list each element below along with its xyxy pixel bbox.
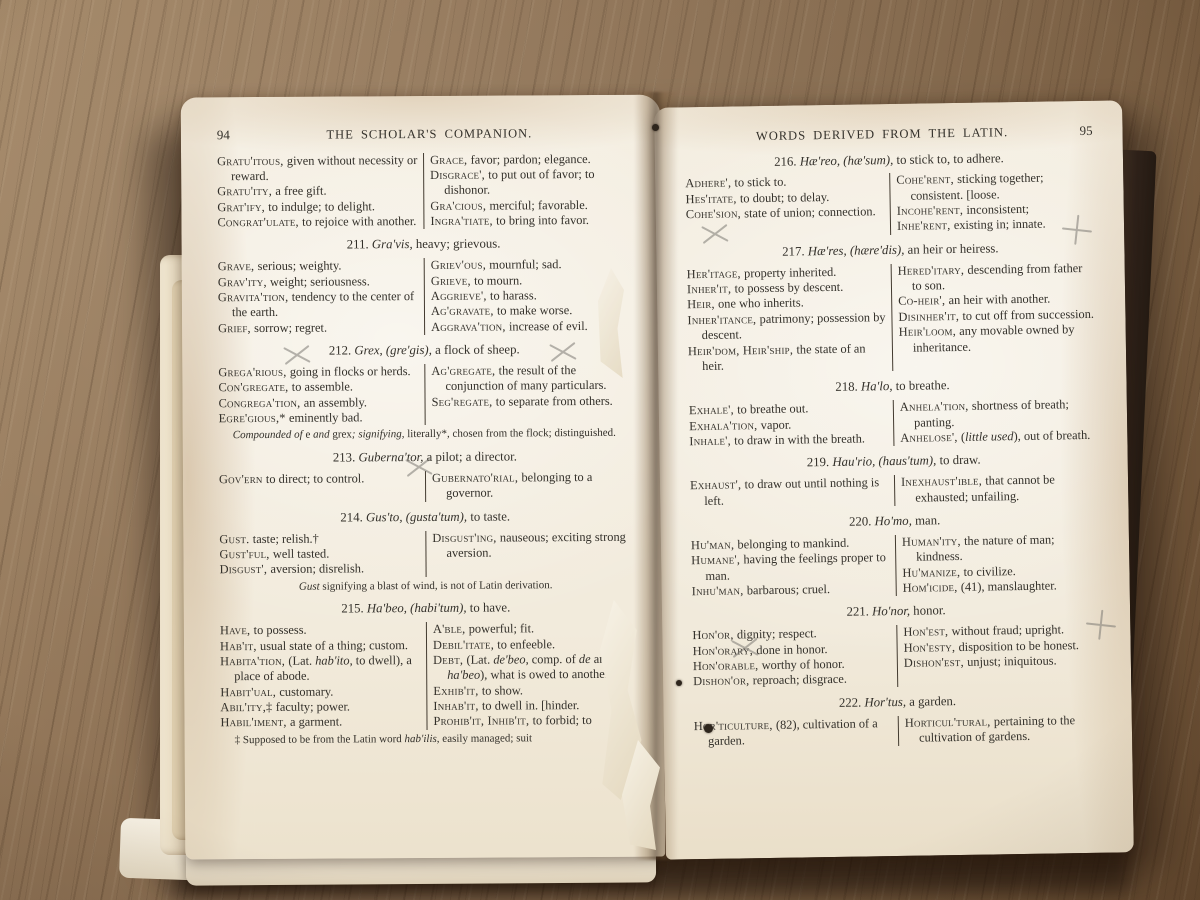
left-running-header: 94 THE SCHOLAR'S COMPANION. [217,125,629,144]
right-column: Anhela'tion, shortness of breath; pantin… [893,397,1098,446]
word-entry: Grega'rious, going in flocks or herds. [218,364,419,381]
italic-text: Compounded of [233,429,306,441]
headword: Incohe'rent, [897,203,967,218]
word-entry: A'ble, powerful; fit. [433,621,632,638]
section-heading: 214. Gus'to, (gusta'tum), to taste. [219,508,631,526]
headword: Horticul'tural, [905,714,994,729]
section-number: 216. [774,154,800,168]
section-heading: 216. Hæ'reo, (hæ'sum), to stick to, to a… [685,149,1093,171]
left-page-sections: Gratu'itous, given without necessity or … [217,151,633,747]
section-heading: 222. Hor'tus, a garden. [693,691,1101,713]
headword: Hered'itary, [898,263,968,278]
word-entry: Cohe'sion, state of union; connection. [686,204,885,222]
italic-text: little used [965,429,1014,444]
headword: Gust'ful, [219,547,272,561]
section-number: 218. [835,380,861,394]
headword: Disinher'it, [898,309,962,324]
entry-columns: Adhere', to stick to.Hes'itate, to doubt… [685,170,1094,238]
word-entry: Hered'itary, descending from father to s… [898,261,1095,295]
pencil-stroke [733,638,758,658]
word-entry: Gust. taste; relish.† [219,531,420,548]
word-entry: Prohib'it, Inhib'it, to forbid; to [433,713,632,730]
headword: Gra'cious, [430,198,489,212]
section-latin-word: Gus'to, [366,510,406,524]
left-page-content: 94 THE SCHOLAR'S COMPANION. Gratu'itous,… [217,125,633,748]
pencil-x-mark [404,455,434,479]
headword: Inhale', [689,433,734,448]
left-column: Gust. taste; relish.†Gust'ful, well tast… [219,531,425,578]
italic-text: de'beo [493,652,525,666]
headword: Exhale', [689,403,738,418]
headword: Dishon'or, [693,674,753,689]
left-column: Exhale', to breathe out.Exhala'tion, vap… [689,400,894,449]
entry-section: 219. Hau'rio, (haus'tum), to draw.Exhaus… [690,451,1099,509]
word-entry: Congrega'tion, an assembly. [219,395,420,412]
section-heading: 211. Gra'vis, heavy; grievous. [218,236,630,254]
headword: Ag'gregate, [431,364,498,378]
headword: Exhaust', [690,478,745,493]
left-column: Grave, serious; weighty.Grav'ity, weight… [218,258,424,336]
section-meaning: to taste. [470,509,510,523]
headword: Con'gregate, [218,380,291,394]
headword: Hab'it, [220,639,260,653]
section-meaning: man. [915,513,940,527]
section-latin-form: (gre'gis), [386,343,435,357]
headword: Griev'ous, [431,258,490,272]
word-entry: Inhab'it, to dwell in. [hinder. [433,698,632,715]
headword: Inexhaust'ible, [901,474,985,489]
headword: Anhelose', [900,430,961,445]
ink-spot [676,680,682,686]
headword: Disgust'ing, [432,530,500,544]
word-entry: Ingra'tiate, to bring into favor. [430,213,629,230]
section-latin-form: (hære'dis), [850,243,908,258]
section-number: 211. [347,238,372,252]
word-entry: Dishon'or, reproach; disgrace. [693,671,892,689]
entry-section: 211. Gra'vis, heavy; grievous.Grave, ser… [218,236,631,336]
section-meaning: a pilot; a director. [427,450,517,465]
section-meaning: to stick to, to adhere. [896,151,1004,167]
headword: Hon'orable, [693,658,762,673]
headword: Aggrava'tion, [431,319,509,333]
section-heading: 221. Ho'nor, honor. [692,601,1100,623]
headword: A'ble, [433,622,469,636]
word-entry: Gov'ern to direct; to control. [219,471,420,488]
word-entry: Habit'ual, customary. [220,684,421,701]
right-column: Ag'gregate, the result of the conjunctio… [424,363,630,426]
right-column: Hered'itary, descending from father to s… [891,261,1097,372]
pencil-x-mark [548,340,578,364]
section-latin-form: (hæ'sum), [843,152,896,167]
entry-columns: Gust. taste; relish.†Gust'ful, well tast… [219,529,631,578]
word-entry: Horticul'tural, pertaining to the cultiv… [905,712,1102,746]
word-entry: Human'ity, the nature of man; kindness. [902,532,1099,566]
left-column: Gratu'itous, given without necessity or … [217,152,423,230]
word-entry: Seg'regate, to separate from others. [431,393,630,410]
word-entry: Hor'ticulture, (82), cultivation of a ga… [694,716,893,750]
ink-spot [704,724,713,733]
headword: Habit'ual, [220,685,279,699]
left-running-title: THE SCHOLAR'S COMPANION. [230,126,629,144]
italic-text: hab'ilis [404,733,436,745]
left-column: Have, to possess.Hab'it, usual state of … [220,622,427,731]
left-column: Hor'ticulture, (82), cultivation of a ga… [694,715,898,749]
word-entry: Humane', having the feelings proper to m… [691,550,890,584]
entry-columns: Exhale', to breathe out.Exhala'tion, vap… [689,397,1098,450]
pencil-stroke [285,345,310,365]
section-number: 214. [340,510,366,524]
word-entry: Habita'tion, (Lat. hab'ito, to dwell), a… [220,653,421,685]
word-entry: Con'gregate, to assemble. [218,379,419,396]
entry-columns: Hor'ticulture, (82), cultivation of a ga… [694,712,1102,749]
entry-section: 222. Hor'tus, a garden.Hor'ticulture, (8… [693,691,1102,749]
right-page-number: 95 [1079,123,1092,139]
headword: Debt, [433,653,466,667]
right-running-title: WORDS DERIVED FROM THE LATIN. [684,124,1079,146]
headword: Inher'itance, [687,312,759,327]
section-heading: 218. Ha'lo, to breathe. [688,376,1096,398]
headword: Have, [220,623,254,637]
entry-columns: Grave, serious; weighty.Grav'ity, weight… [218,257,630,336]
headword: Grav'ity, [218,275,270,289]
section-meaning: a garden. [909,694,956,709]
right-column: Gubernato'rial, belonging to a governor. [425,470,631,502]
left-column: Grega'rious, going in flocks or herds.Co… [218,364,424,427]
word-entry: Hon'esty, disposition to be honest. [904,637,1101,655]
headword: Hon'esty, [904,640,959,655]
left-column: Hu'man, belonging to mankind.Humane', ha… [691,535,896,600]
entry-columns: Have, to possess.Hab'it, usual state of … [220,621,633,731]
word-entry: Grav'ity, weight; seriousness. [218,274,419,291]
pencil-stroke [407,457,432,477]
entry-section: 216. Hæ'reo, (hæ'sum), to stick to, to a… [685,149,1094,238]
headword: Adhere', [685,176,734,191]
section-number: 219. [807,455,833,469]
right-running-header: WORDS DERIVED FROM THE LATIN. 95 [684,123,1092,146]
word-entry: Gratu'itous, given without necessity or … [217,153,418,185]
section-meaning: an heir or heiress. [907,241,998,256]
section-number: 220. [849,514,875,528]
left-column: Hon'or, dignity; respect.Hon'orary, done… [692,625,897,690]
right-column: Disgust'ing, nauseous; exciting strong a… [425,529,631,576]
word-entry: Have, to possess. [220,622,421,639]
right-column: Human'ity, the nature of man; kindness.H… [895,532,1100,597]
section-latin-word: Hæ'reo, [800,153,844,168]
headword: Heir'dom, Heir'ship, [688,342,797,358]
section-meaning: a flock of sheep. [435,343,520,358]
headword: Congrat'ulate, [217,215,302,230]
left-column: Exhaust', to draw out until nothing is l… [690,475,894,509]
section-latin-word: Ha'beo, [367,601,410,615]
right-column: Grace, favor; pardon; elegance.Disgrace'… [423,151,629,229]
headword: Grief, [218,321,254,335]
word-entry: Gravita'tion, tendency to the center of … [218,289,419,321]
word-entry: Anhelose', (little used), out of breath. [900,428,1097,446]
word-entry: Habil'iment, a garment. [220,714,421,731]
left-column: Her'itage, property inherited.Inher'it, … [687,264,893,375]
word-entry: Hab'it, usual state of a thing; custom. [220,638,421,655]
word-entry: Hom'icide, (41), manslaughter. [903,578,1100,596]
section-heading: 217. Hæ'res, (hære'dis), an heir or heir… [686,240,1094,262]
word-entry: Congrat'ulate, to rejoice with another. [217,214,418,231]
pencil-plus-mark [1062,218,1092,242]
headword: Ingra'tiate, [430,214,496,228]
section-meaning: to have. [470,601,511,615]
headword: Gust. [219,532,252,546]
section-latin-word: Grex, [354,343,386,357]
headword: Egre'gious,* [219,411,289,425]
entry-section: 217. Hæ'res, (hære'dis), an heir or heir… [686,240,1096,375]
left-column: Gov'ern to direct; to control. [219,471,425,503]
headword: Gubernato'rial, [432,470,522,485]
word-entry: Heir'dom, Heir'ship, the state of an hei… [688,341,887,375]
headword: Grega'rious, [218,365,290,379]
italic-text: ; signifying, [352,429,407,441]
ink-spot [652,124,659,131]
headword: Habita'tion, [220,654,288,668]
word-entry: Cohe'rent, sticking together; consistent… [896,170,1093,204]
headword: Habil'iment, [220,715,290,729]
section-latin-word: Ho'nor, [872,604,913,619]
right-column: A'ble, powerful; fit.Debil'itate, to enf… [426,621,633,730]
entry-section: Gratu'itous, given without necessity or … [217,151,629,230]
word-entry: Grave, serious; weighty. [218,258,419,275]
word-entry: Exhib'it, to show. [433,682,632,699]
section-note: Gust signifying a blast of wind, is not … [220,578,632,594]
headword: Inhu'man, [692,583,747,598]
headword: Exhala'tion, [689,418,761,433]
section-latin-word: Gra'vis, [372,237,416,251]
entry-section: 220. Ho'mo, man.Hu'man, belonging to man… [691,511,1100,600]
headword: Human'ity, [902,534,964,549]
entry-columns: Hu'man, belonging to mankind.Humane', ha… [691,532,1100,600]
section-footnote: ‡ Supposed to be from the Latin word hab… [221,732,633,748]
section-latin-word: Hor'tus, [864,694,909,709]
entry-columns: Her'itage, property inherited.Inher'it, … [687,261,1097,375]
headword: Gravita'tion, [218,290,292,304]
section-latin-word: Hau'rio, [832,455,878,470]
headword: Grace, [430,152,471,166]
entry-columns: Gratu'itous, given without necessity or … [217,151,629,230]
word-entry: Inhu'man, barbarous; cruel. [692,581,891,599]
right-column: Inexhaust'ible, that cannot be exhausted… [894,472,1098,506]
italic-text: ha'beo [447,668,480,682]
section-number: 212. [329,344,355,358]
section-number: 215. [341,602,367,616]
section-heading: 215. Ha'beo, (habi'tum), to have. [220,600,632,618]
section-latin-word: Hæ'res, [808,244,850,259]
entry-columns: Exhaust', to draw out until nothing is l… [690,472,1098,509]
footnote-text: ‡ Supposed to be from the Latin word hab… [221,732,533,746]
word-entry: Inher'itance, patrimony; possession by d… [687,310,886,344]
section-footnote: Compounded of e and grex; signifying, li… [219,427,631,443]
headword: Hon'est, [903,624,951,639]
headword: Grieve, [431,273,474,287]
headword: Heir, [687,297,718,311]
pencil-x-mark [282,343,312,367]
section-heading: 219. Hau'rio, (haus'tum), to draw. [690,451,1098,473]
entry-section: 214. Gus'to, (gusta'tum), to taste.Gust.… [219,508,632,594]
headword: Disgust', [220,562,271,576]
headword: Gov'ern [219,472,266,486]
headword: Exhib'it, [433,683,482,697]
word-entry: Grief, sorrow; regret. [218,320,419,337]
section-latin-form: (haus'tum), [878,454,939,469]
italic-text: Gust [299,580,320,592]
word-entry: Anhela'tion, shortness of breath; pantin… [900,397,1097,431]
headword: Co-heir', [898,294,949,309]
word-entry: Gust'ful, well tasted. [219,546,420,563]
section-latin-word: Ho'mo, [875,514,916,529]
word-entry: Ag'gregate, the result of the conjunctio… [431,363,630,395]
section-meaning: to draw. [939,453,980,468]
pencil-x-mark [700,222,730,246]
entry-section: 215. Ha'beo, (habi'tum), to have.Have, t… [220,600,633,748]
footnote-text: Compounded of e and grex; signifying, li… [219,427,616,441]
word-entry: Grat'ify, to indulge; to delight. [217,199,418,216]
headword: Cohe'sion, [686,206,745,221]
headword: Heir'loom, [899,324,960,339]
headword: Abil'ity,‡ [220,700,275,714]
photo-of-open-book: 94 THE SCHOLAR'S COMPANION. Gratu'itous,… [0,0,1200,900]
word-entry: Abil'ity,‡ faculty; power. [220,699,421,716]
headword: Inhe'rent, [897,219,954,234]
word-entry: Heir'loom, any movable owned by inherita… [899,322,1096,356]
italic-text: de [579,652,591,666]
headword: Seg'regate, [431,394,495,408]
section-number: 217. [782,244,808,258]
right-page: WORDS DERIVED FROM THE LATIN. 95 216. Hæ… [654,100,1134,859]
word-entry: Inexhaust'ible, that cannot be exhausted… [901,472,1098,506]
right-column: Horticul'tural, pertaining to the cultiv… [898,712,1102,746]
section-number: 213. [333,450,359,464]
pencil-x-mark [730,636,760,660]
headword: Cohe'rent, [896,172,957,187]
left-page-number: 94 [217,127,230,143]
word-entry: Exhaust', to draw out until nothing is l… [690,475,889,509]
section-latin-word: Ha'lo, [861,379,896,394]
headword: Ag'gravate, [431,304,497,318]
headword: Disgrace', [430,167,488,181]
headword: Hu'man, [691,537,738,552]
headword: Dishon'est, [904,655,967,670]
word-entry: Griev'ous, mournful; sad. [431,257,630,274]
word-entry: Disgust'ing, nauseous; exciting strong a… [432,529,631,561]
headword: Prohib'it, Inhib'it, [433,714,532,729]
headword: Aggrieve', [431,289,490,303]
word-entry: Gubernato'rial, belonging to a governor. [432,470,631,502]
headword: Grat'ify, [217,200,268,214]
section-meaning: honor. [913,604,946,619]
right-column: Hon'est, without fraud; upright.Hon'esty… [896,622,1101,687]
headword: Debil'itate, [433,637,497,651]
word-entry: Egre'gious,* eminently bad. [219,410,420,427]
entry-columns: Grega'rious, going in flocks or herds.Co… [218,363,630,427]
word-entry: Gratu'ity, a free gift. [217,183,418,200]
headword: Hom'icide, [903,580,961,595]
pencil-plus-mark [1086,613,1116,637]
italic-text: and [310,429,332,441]
headword: Inhab'it, [433,699,482,713]
word-entry: Disgrace', to put out of favor; to disho… [430,167,629,199]
headword: Her'itage, [687,266,745,281]
word-entry: Dishon'est, unjust; iniquitous. [904,653,1101,671]
word-entry: Inhale', to draw in with the breath. [689,431,888,449]
section-meaning: heavy; grievous. [416,237,501,252]
section-number: 221. [846,605,872,619]
section-number: 222. [839,695,865,709]
headword: Congrega'tion, [219,395,304,410]
headword: Inher'it, [687,282,735,297]
word-entry: Disgust', aversion; disrelish. [220,561,421,578]
pencil-stroke [551,342,576,362]
headword: Anhela'tion, [900,399,972,414]
headword: Gratu'ity, [217,184,275,198]
word-entry: Gra'cious, merciful; favorable. [430,197,629,214]
word-entry: Grieve, to mourn. [431,272,630,289]
headword: Grave, [218,259,258,273]
headword: Gratu'itous, [217,153,287,167]
pencil-stroke [703,224,728,244]
section-meaning: to breathe. [896,378,950,393]
headword: Humane', [691,553,743,568]
word-entry: Grace, favor; pardon; elegance. [430,151,629,168]
section-heading: 220. Ho'mo, man. [691,511,1099,533]
entry-section: 218. Ha'lo, to breathe.Exhale', to breat… [688,376,1097,449]
headword: Hes'itate, [685,191,740,206]
headword: Hu'manize, [902,564,963,579]
section-latin-form: (gusta'tum), [406,509,471,523]
italic-text: hab'ito [315,653,349,667]
section-latin-form: (habi'tum), [410,601,470,615]
